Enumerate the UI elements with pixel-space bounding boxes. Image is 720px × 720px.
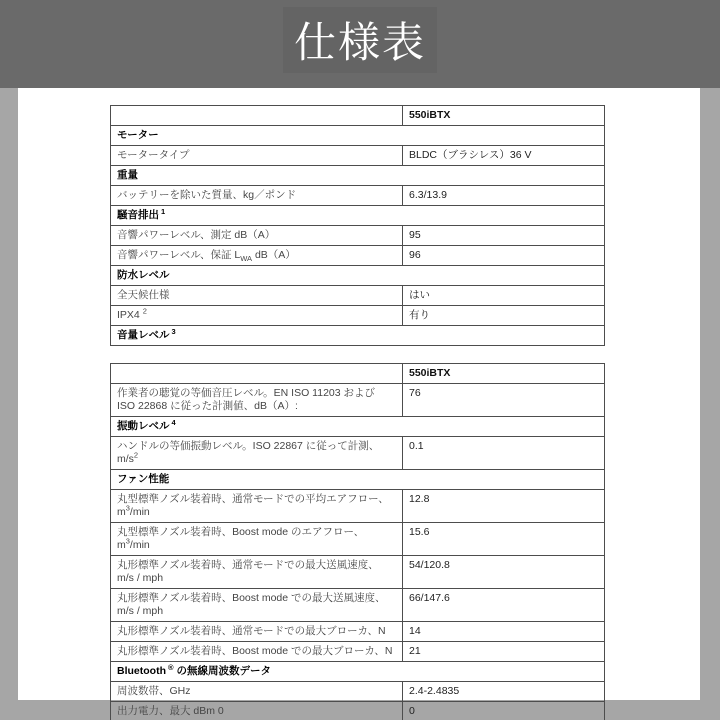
section-row: 騒音排出1 <box>111 206 605 226</box>
section-label-cell: Bluetooth® の無線周波数データ <box>111 662 605 682</box>
spec-row: 全天候仕様はい <box>111 286 605 306</box>
section-label-cell: 防水レベル <box>111 266 605 286</box>
spec-row: 丸形標準ノズル装着時、通常モードでの最大ブローカ、N14 <box>111 622 605 642</box>
spec-value-cell: 有り <box>403 306 605 326</box>
section-label-cell: ファン性能 <box>111 470 605 490</box>
spec-value-cell: 14 <box>403 622 605 642</box>
spec-label-cell: モータータイプ <box>111 146 403 166</box>
section-row: 振動レベル4 <box>111 417 605 437</box>
spec-value-cell: 0 <box>403 702 605 720</box>
spec-table-2-body: 550iBTX作業者の聴覚の等価音圧レベル。EN ISO 11203 および I… <box>111 364 605 720</box>
spec-page: 550iBTXモーターモータータイプBLDC（ブラシレス）36 V重量バッテリー… <box>18 88 700 700</box>
spec-row: 丸型標準ノズル装着時、通常モードでの平均エアフロー、m3/min12.8 <box>111 490 605 523</box>
spec-row: 丸形標準ノズル装着時、Boost mode での最大ブローカ、N21 <box>111 642 605 662</box>
spec-value-cell: 6.3/13.9 <box>403 186 605 206</box>
spec-row: ハンドルの等価振動レベル。ISO 22867 に従って計測、m/s20.1 <box>111 437 605 470</box>
section-label-cell: モーター <box>111 126 605 146</box>
spec-row: モータータイプBLDC（ブラシレス）36 V <box>111 146 605 166</box>
spec-value-cell: 12.8 <box>403 490 605 523</box>
spec-value-cell: 0.1 <box>403 437 605 470</box>
spec-row: IPX4 2有り <box>111 306 605 326</box>
section-row: モーター <box>111 126 605 146</box>
spec-label-cell: 音響パワーレベル、測定 dB（A） <box>111 226 403 246</box>
spec-value-cell: 21 <box>403 642 605 662</box>
spec-row: 丸形標準ノズル装着時、通常モードでの最大送風速度、m/s / mph54/120… <box>111 556 605 589</box>
spec-value-cell: 66/147.6 <box>403 589 605 622</box>
section-row: 重量 <box>111 166 605 186</box>
spec-label-cell: 丸形標準ノズル装着時、Boost mode での最大送風速度、m/s / mph <box>111 589 403 622</box>
spec-label-cell: 丸型標準ノズル装着時、通常モードでの平均エアフロー、m3/min <box>111 490 403 523</box>
spec-value-cell: 15.6 <box>403 523 605 556</box>
spec-table-1-body: 550iBTXモーターモータータイプBLDC（ブラシレス）36 V重量バッテリー… <box>111 106 605 346</box>
spec-table-1: 550iBTXモーターモータータイプBLDC（ブラシレス）36 V重量バッテリー… <box>110 105 605 346</box>
spec-label-cell: 全天候仕様 <box>111 286 403 306</box>
spec-label-cell: 音響パワーレベル、保証 LWA dB（A） <box>111 246 403 266</box>
spec-row: 周波数帯、GHz2.4-2.4835 <box>111 682 605 702</box>
spec-row: 出力電力、最大 dBm 00 <box>111 702 605 720</box>
header-empty-cell <box>111 364 403 384</box>
spec-row: 音響パワーレベル、測定 dB（A）95 <box>111 226 605 246</box>
section-label-cell: 騒音排出1 <box>111 206 605 226</box>
spec-row: 丸型標準ノズル装着時、Boost mode のエアフロー、 m3/min15.6 <box>111 523 605 556</box>
model-header-cell: 550iBTX <box>403 106 605 126</box>
section-row: 防水レベル <box>111 266 605 286</box>
spec-row: 作業者の聴覚の等価音圧レベル。EN ISO 11203 および ISO 2286… <box>111 384 605 417</box>
spec-value-cell: 96 <box>403 246 605 266</box>
section-row: Bluetooth® の無線周波数データ <box>111 662 605 682</box>
spec-label-cell: バッテリーを除いた質量、kg／ポンド <box>111 186 403 206</box>
model-header-cell: 550iBTX <box>403 364 605 384</box>
spec-label-cell: 丸形標準ノズル装着時、Boost mode での最大ブローカ、N <box>111 642 403 662</box>
spec-value-cell: 76 <box>403 384 605 417</box>
title-box: 仕様表 <box>283 7 437 73</box>
section-label-cell: 重量 <box>111 166 605 186</box>
spec-value-cell: 95 <box>403 226 605 246</box>
spec-label-cell: 周波数帯、GHz <box>111 682 403 702</box>
section-label-cell: 音量レベル3 <box>111 326 605 346</box>
page-title: 仕様表 <box>294 10 426 70</box>
spec-label-cell: 丸型標準ノズル装着時、Boost mode のエアフロー、 m3/min <box>111 523 403 556</box>
spec-label-cell: 出力電力、最大 dBm 0 <box>111 702 403 720</box>
spec-label-cell: 丸形標準ノズル装着時、通常モードでの最大送風速度、m/s / mph <box>111 556 403 589</box>
spec-value-cell: 2.4-2.4835 <box>403 682 605 702</box>
spec-row: 音響パワーレベル、保証 LWA dB（A）96 <box>111 246 605 266</box>
spec-value-cell: BLDC（ブラシレス）36 V <box>403 146 605 166</box>
spec-label-cell: 作業者の聴覚の等価音圧レベル。EN ISO 11203 および ISO 2286… <box>111 384 403 417</box>
table-header-row: 550iBTX <box>111 364 605 384</box>
spec-row: バッテリーを除いた質量、kg／ポンド6.3/13.9 <box>111 186 605 206</box>
header-empty-cell <box>111 106 403 126</box>
spec-table-2: 550iBTX作業者の聴覚の等価音圧レベル。EN ISO 11203 および I… <box>110 363 605 720</box>
table-header-row: 550iBTX <box>111 106 605 126</box>
title-banner: 仕様表 <box>0 0 720 88</box>
spec-label-cell: ハンドルの等価振動レベル。ISO 22867 に従って計測、m/s2 <box>111 437 403 470</box>
section-label-cell: 振動レベル4 <box>111 417 605 437</box>
spec-value-cell: はい <box>403 286 605 306</box>
spec-label-cell: IPX4 2 <box>111 306 403 326</box>
section-row: 音量レベル3 <box>111 326 605 346</box>
spec-row: 丸形標準ノズル装着時、Boost mode での最大送風速度、m/s / mph… <box>111 589 605 622</box>
spec-value-cell: 54/120.8 <box>403 556 605 589</box>
section-row: ファン性能 <box>111 470 605 490</box>
spec-label-cell: 丸形標準ノズル装着時、通常モードでの最大ブローカ、N <box>111 622 403 642</box>
